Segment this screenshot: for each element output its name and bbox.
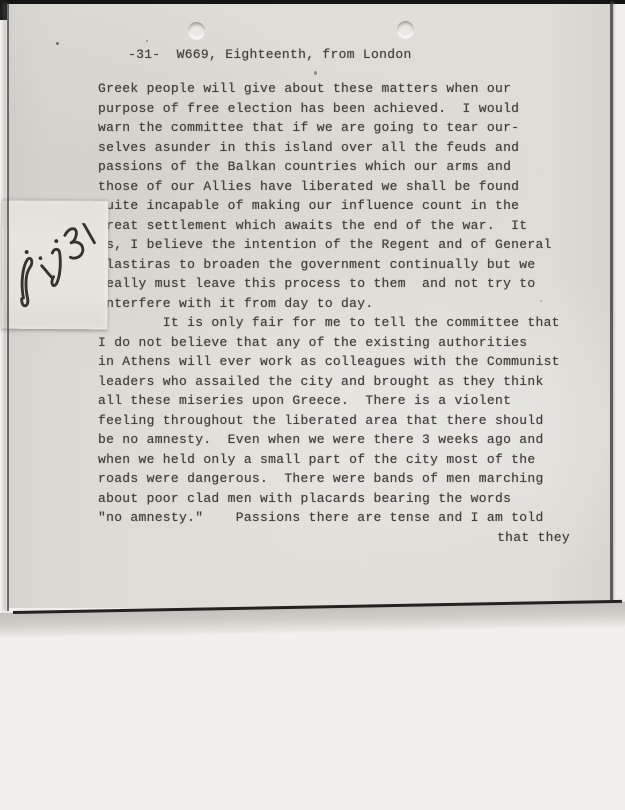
typed-line: purpose of free election has been achiev… [98, 99, 570, 119]
typed-line: It is only fair for me to tell the commi… [98, 313, 570, 333]
typed-line: roads were dangerous. There were bands o… [98, 469, 570, 489]
typed-line: about poor clad men with placards bearin… [98, 489, 570, 509]
typed-line: warn the committee that if we are going … [98, 118, 570, 138]
typed-line: those of our Allies have liberated we sh… [98, 177, 570, 197]
typed-line: quite incapable of making our influence … [98, 196, 570, 216]
punch-hole-left-icon [188, 22, 205, 39]
typed-line: Plastiras to broaden the government cont… [98, 255, 570, 275]
typed-line: all these miseries upon Greece. There is… [98, 391, 570, 411]
typed-line: when we held only a small part of the ci… [98, 450, 570, 470]
paper-speck [314, 71, 317, 75]
typed-line: passions of the Balkan countries which o… [98, 157, 570, 177]
typed-line: be no amnesty. Even when we were there 3… [98, 430, 570, 450]
scan-top-edge [0, 0, 625, 4]
page-right-edge [610, 2, 613, 603]
typed-line: that they [98, 528, 570, 548]
typed-line: really must leave this process to them a… [98, 274, 570, 294]
typed-line: great settlement which awaits the end of… [98, 216, 570, 236]
document-page: -31- W669, Eighteenth, from London Greek… [8, 4, 610, 608]
paper-speck [56, 42, 59, 45]
typed-line: "no amnesty." Passions there are tense a… [98, 508, 570, 528]
typed-line: is, I believe the intention of the Regen… [98, 235, 570, 255]
page-header: -31- W669, Eighteenth, from London [128, 47, 412, 62]
page-left-edge [7, 3, 9, 611]
typed-line: feeling throughout the liberated area th… [98, 411, 570, 431]
typed-line: interfere with it from day to day. [98, 294, 570, 314]
typed-line: I do not believe that any of the existin… [98, 333, 570, 353]
punch-hole-right-icon [397, 21, 414, 38]
scan-top-left-corner [0, 0, 7, 20]
typed-line: in Athens will ever work as colleagues w… [98, 352, 570, 372]
typed-line: Greek people will give about these matte… [98, 79, 570, 99]
paper-speck [146, 40, 148, 42]
scanned-document: -31- W669, Eighteenth, from London Greek… [0, 0, 625, 810]
typed-line: selves asunder in this island over all t… [98, 138, 570, 158]
paper-speck [540, 300, 542, 302]
label-sticker [2, 200, 109, 330]
typed-body: Greek people will give about these matte… [98, 79, 570, 547]
handwritten-label [4, 223, 107, 310]
typed-line: leaders who assailed the city and brough… [98, 372, 570, 392]
